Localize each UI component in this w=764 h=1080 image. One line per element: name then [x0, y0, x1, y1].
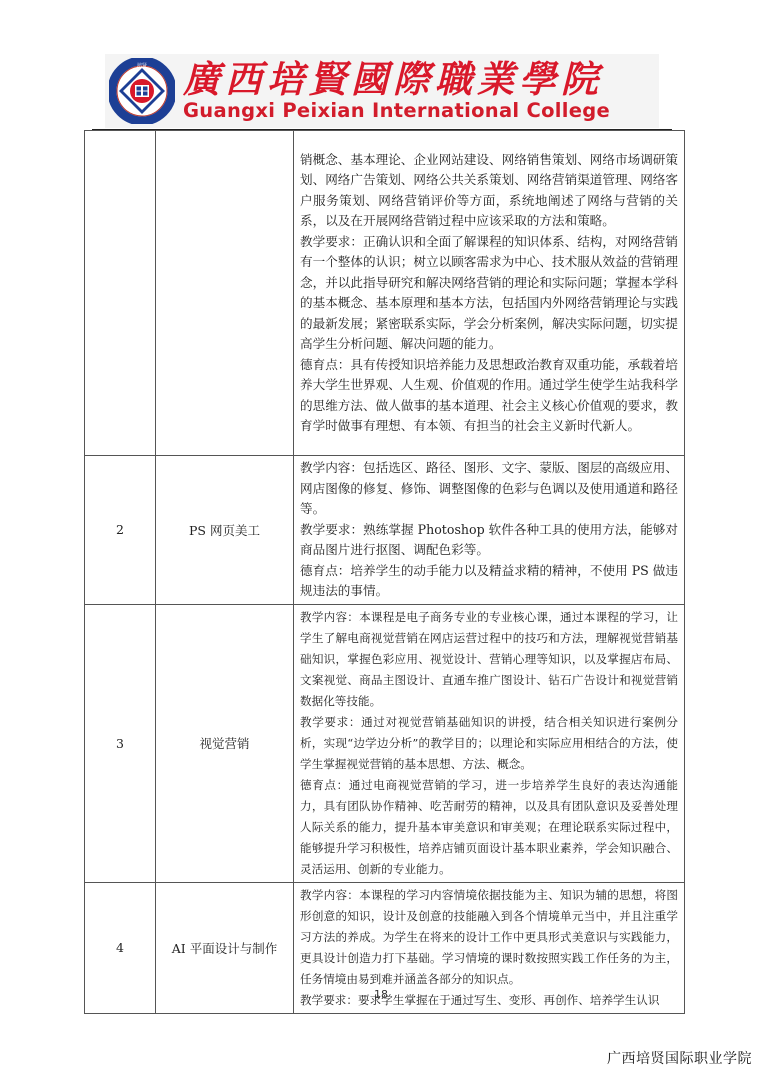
- teaching-content: 教学内容：包括选区、路径、图形、文字、蒙版、图层的高级应用、网店图像的修复、修饰…: [300, 458, 678, 520]
- description-paragraph: 销概念、基本理论、企业网站建设、网络销售策划、网络市场调研策划、网络广告策划、网…: [300, 150, 678, 232]
- course-name-cell: AI 平面设计与制作: [156, 882, 294, 1013]
- teaching-requirements: 教学要求：通过对视觉营销基础知识的讲授，结合相关知识进行案例分析，实现“边学边分…: [300, 712, 678, 775]
- moral-education-point: 德育点：培养学生的动手能力以及精益求精的精神，不使用 PS 做违规违法的事情。: [300, 561, 678, 602]
- course-description-cell: 教学内容：本课程的学习内容情境依据技能为主、知识为辅的思想，将图形创意的知识，设…: [294, 882, 685, 1013]
- teaching-content: 教学内容：本课程的学习内容情境依据技能为主、知识为辅的思想，将图形创意的知识，设…: [300, 885, 678, 990]
- course-number-cell: 2: [85, 456, 156, 605]
- course-name-cell: [156, 131, 294, 456]
- college-logo-icon: 培贤: [109, 58, 175, 124]
- teaching-requirements: 教学要求：要求学生掌握在于通过写生、变形、再创作、培养学生认识: [300, 990, 678, 1011]
- table-row: 2 PS 网页美工 教学内容：包括选区、路径、图形、文字、蒙版、图层的高级应用、…: [85, 456, 685, 605]
- course-description-cell: 销概念、基本理论、企业网站建设、网络销售策划、网络市场调研策划、网络广告策划、网…: [294, 131, 685, 456]
- college-header-banner: 培贤 廣西培賢國際職業學院 Guangxi Peixian Internatio…: [105, 54, 659, 128]
- page-number: 18: [374, 988, 388, 1001]
- course-number-cell: 4: [85, 882, 156, 1013]
- course-number-cell: 3: [85, 604, 156, 882]
- moral-education-point: 德育点：通过电商视觉营销的学习，进一步培养学生良好的表达沟通能力，具有团队协作精…: [300, 775, 678, 880]
- teaching-requirements: 教学要求：正确认识和全面了解课程的知识体系、结构，对网络营销有一个整体的认识；树…: [300, 232, 678, 355]
- table-row: 3 视觉营销 教学内容：本课程是电子商务专业的专业核心课，通过本课程的学习，让学…: [85, 604, 685, 882]
- footer-college-name: 广西培贤国际职业学院: [607, 1048, 752, 1068]
- svg-text:培贤: 培贤: [137, 62, 148, 69]
- course-description-cell: 教学内容：本课程是电子商务专业的专业核心课，通过本课程的学习，让学生了解电商视觉…: [294, 604, 685, 882]
- table-row: 销概念、基本理论、企业网站建设、网络销售策划、网络市场调研策划、网络广告策划、网…: [85, 131, 685, 456]
- college-name-en: Guangxi Peixian International College: [183, 99, 610, 123]
- teaching-content: 教学内容：本课程是电子商务专业的专业核心课，通过本课程的学习，让学生了解电商视觉…: [300, 607, 678, 712]
- college-name-cn: 廣西培賢國際職業學院: [183, 59, 610, 99]
- teaching-requirements: 教学要求：熟练掌握 Photoshop 软件各种工具的使用方法，能够对商品图片进…: [300, 520, 678, 561]
- course-name-cell: 视觉营销: [156, 604, 294, 882]
- course-table: 销概念、基本理论、企业网站建设、网络销售策划、网络市场调研策划、网络广告策划、网…: [84, 130, 685, 1014]
- moral-education-point: 德育点：具有传授知识培养能力及思想政治教育双重功能，承载着培养大学生世界观、人生…: [300, 355, 678, 437]
- course-name-cell: PS 网页美工: [156, 456, 294, 605]
- course-description-cell: 教学内容：包括选区、路径、图形、文字、蒙版、图层的高级应用、网店图像的修复、修饰…: [294, 456, 685, 605]
- course-number-cell: [85, 131, 156, 456]
